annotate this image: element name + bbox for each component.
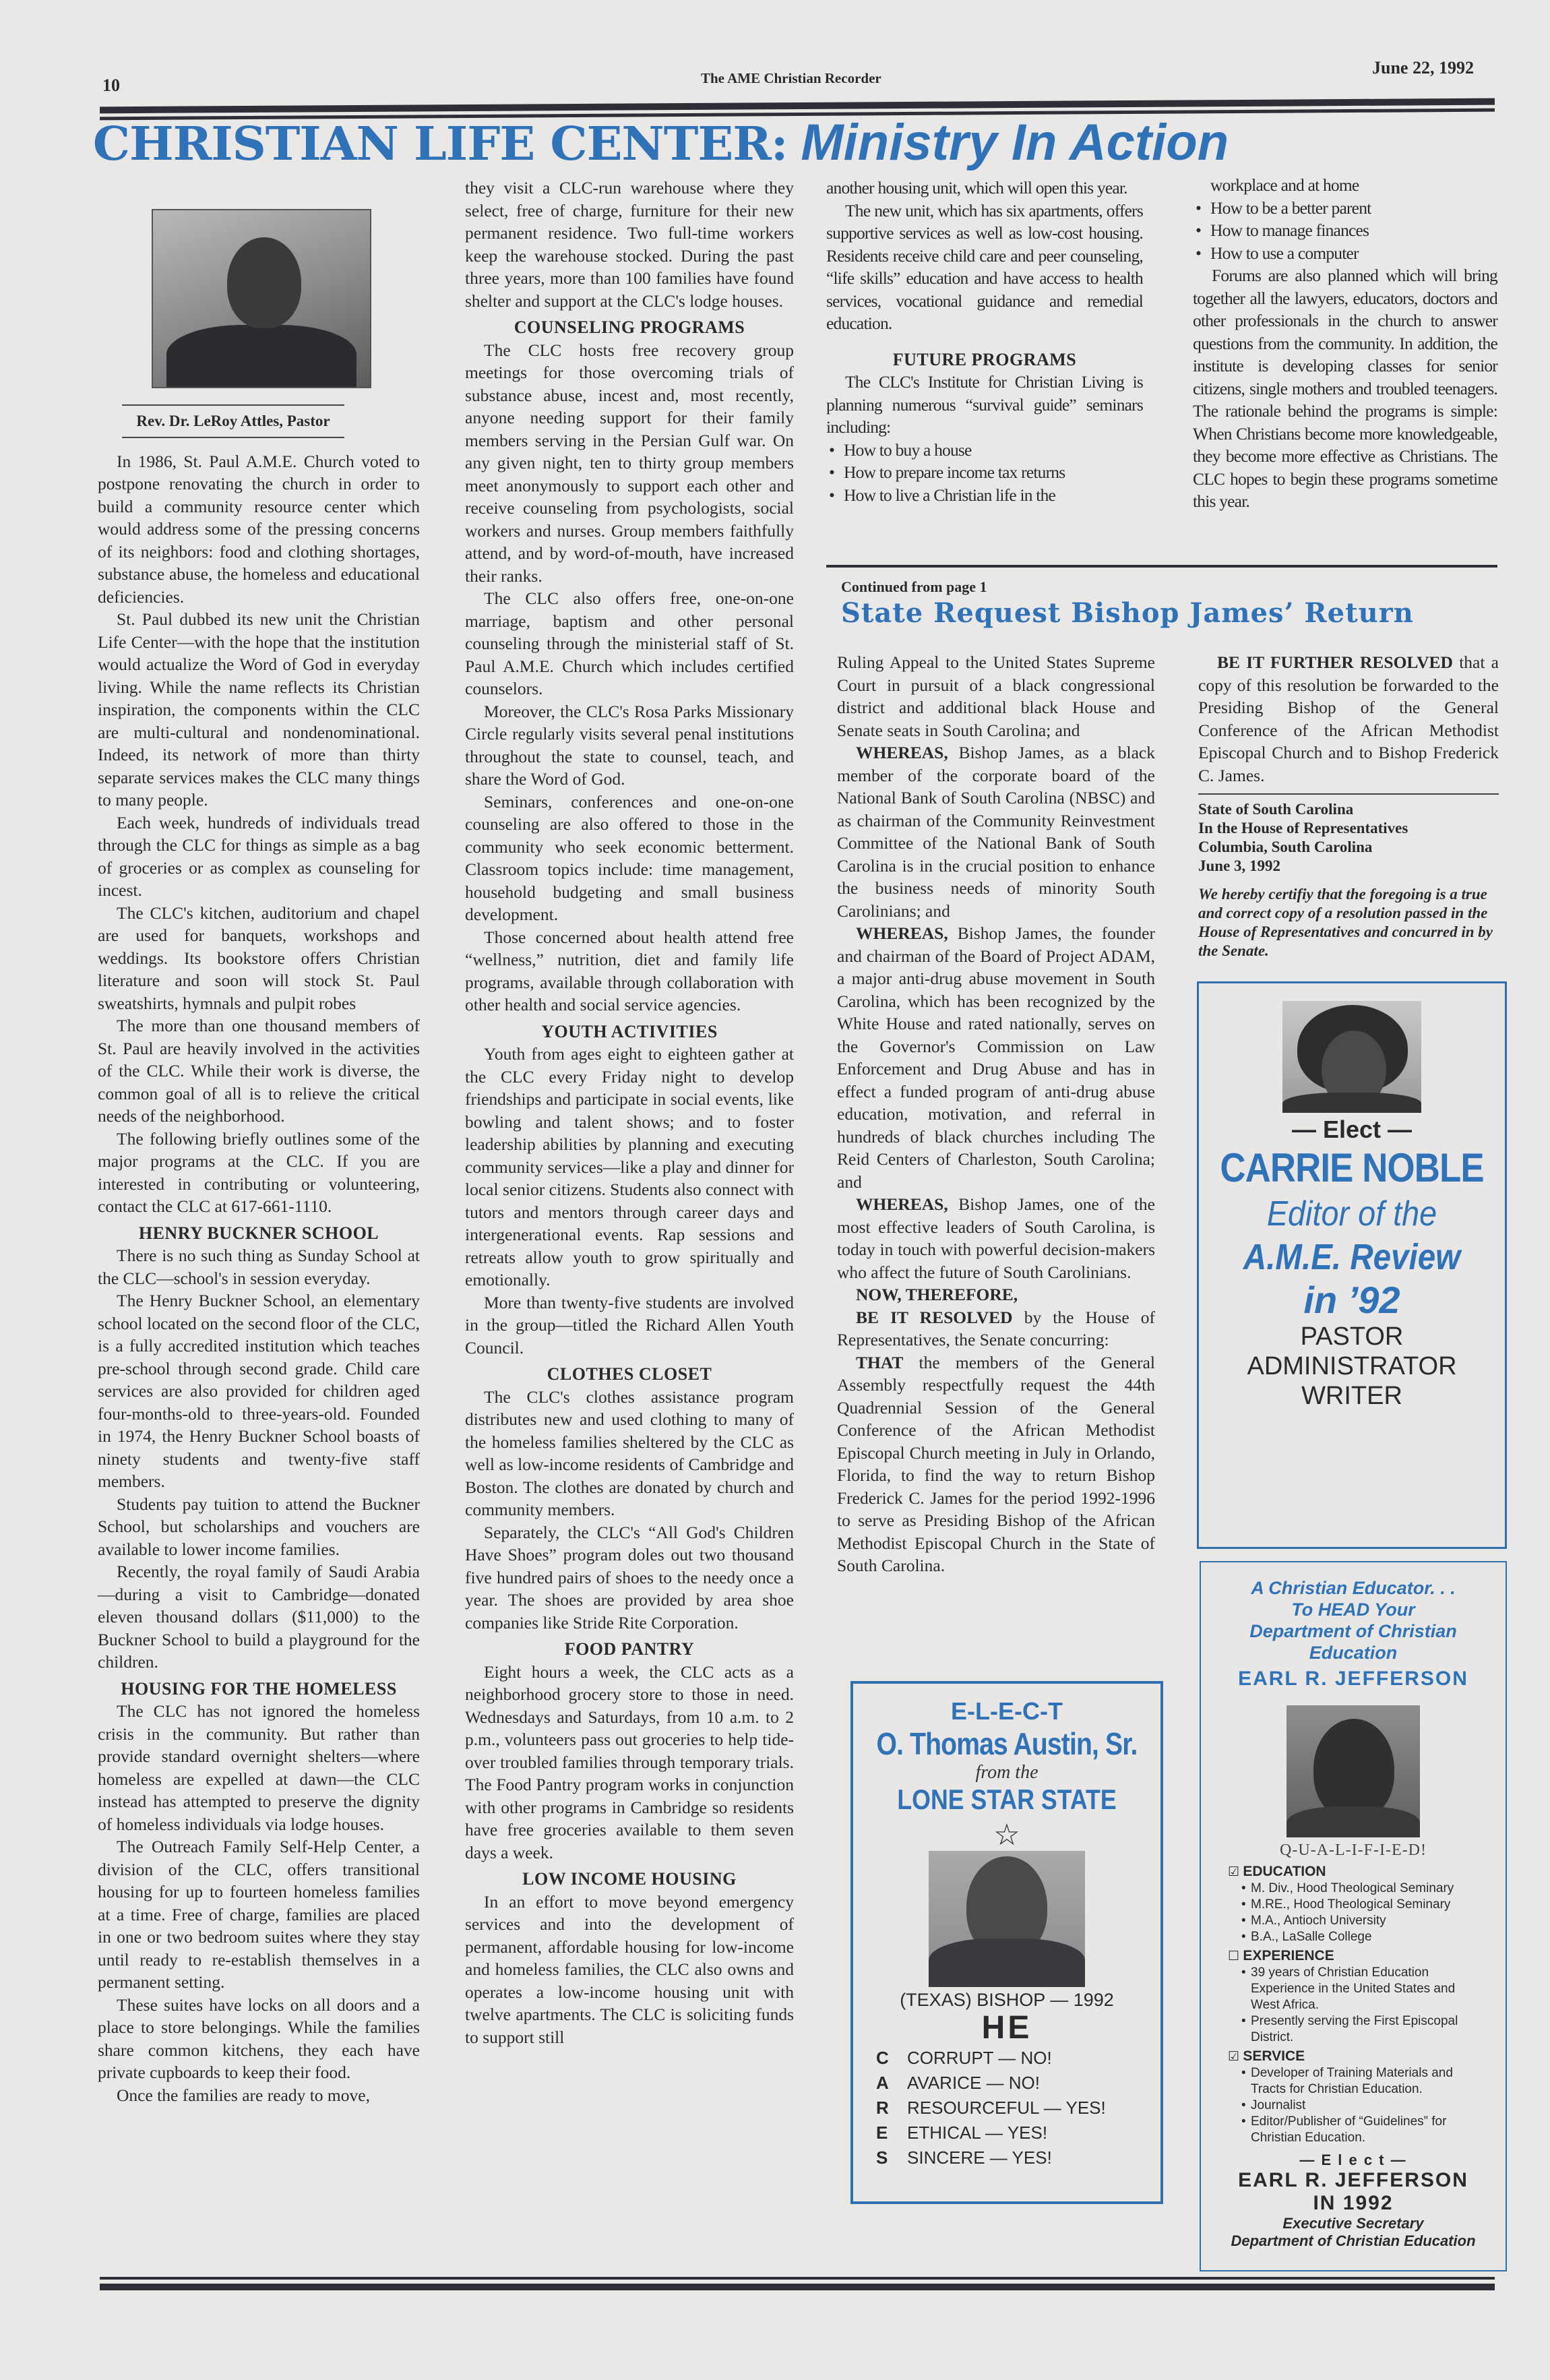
clc-column-2: they visit a CLC-run warehouse where the… bbox=[465, 177, 794, 2048]
candidate-name: EARL R. JEFFERSON bbox=[1201, 1668, 1506, 1690]
candidate-office-1: Editor of the bbox=[1214, 1192, 1490, 1235]
candidate-name: O. Thomas Austin, Sr. bbox=[876, 1726, 1138, 1762]
paragraph: WHEREAS, Bishop James, the founder and c… bbox=[837, 922, 1155, 1193]
paragraph: More than twenty-five students are invol… bbox=[465, 1291, 794, 1360]
qual-section-experience: ☐ EXPERIENCE 39 years of Christian Educa… bbox=[1228, 1948, 1506, 2046]
paragraph: WHEREAS, Bishop James, one of the most e… bbox=[837, 1193, 1155, 1283]
paragraph: Recently, the royal family of Saudi Arab… bbox=[98, 1560, 420, 1674]
sig-line: State of South Carolina bbox=[1198, 800, 1499, 819]
divider bbox=[1198, 793, 1499, 795]
paragraph: Moreover, the CLC's Rosa Parks Missionar… bbox=[465, 700, 794, 791]
paragraph: NOW, THEREFORE, bbox=[837, 1283, 1155, 1306]
paragraph: Those concerned about health attend free… bbox=[465, 926, 794, 1016]
qual-title: EXPERIENCE bbox=[1243, 1948, 1334, 1963]
pastor-photo bbox=[152, 209, 371, 388]
list-item: How to manage finances bbox=[1210, 219, 1497, 242]
election-year: IN 1992 bbox=[1201, 2192, 1506, 2215]
qualifications: ☑ EDUCATION M. Div., Hood Theological Se… bbox=[1228, 1864, 1506, 2146]
cares-row: EETHICAL — YES! bbox=[876, 2120, 1160, 2145]
paragraph: The more than one thousand members of St… bbox=[98, 1014, 420, 1128]
elect-label: — E l e c t — bbox=[1201, 2152, 1506, 2169]
qual-section-service: ☑ SERVICE Developer of Training Material… bbox=[1228, 2048, 1506, 2146]
qual-title: SERVICE bbox=[1243, 2048, 1305, 2064]
text: Bishop James, as a black member of the c… bbox=[837, 743, 1155, 921]
checked-box-icon: ☑ bbox=[1228, 2050, 1239, 2064]
acrostic-text: AVARICE — NO! bbox=[907, 2073, 1040, 2093]
list-item: Developer of Training Materials and Trac… bbox=[1251, 2065, 1480, 2098]
paragraph: Forums are also planned which will bring… bbox=[1193, 264, 1497, 513]
clc-column-1: Rev. Dr. LeRoy Attles, Pastor In 1986, S… bbox=[98, 209, 420, 2106]
paragraph: The CLC's kitchen, auditorium and chapel… bbox=[98, 902, 420, 1015]
acrostic-letter: E bbox=[876, 2120, 907, 2145]
further-resolved-label: BE IT FURTHER RESOLVED bbox=[1217, 652, 1453, 672]
ad-earl-jefferson: A Christian Educator. . . To HEAD Your D… bbox=[1200, 1561, 1507, 2271]
cares-row: SSINCERE — YES! bbox=[876, 2145, 1160, 2170]
paragraph: Students pay tuition to attend the Buckn… bbox=[98, 1493, 420, 1561]
headline-sub: Ministry In Action bbox=[801, 113, 1229, 172]
paragraph: The Outreach Family Self-Help Center, a … bbox=[98, 1835, 420, 1994]
qualified-label: Q-U-A-L-I-F-I-E-D! bbox=[1201, 1841, 1506, 1860]
paragraph: BE IT RESOLVED by the House of Represent… bbox=[837, 1306, 1155, 1351]
paragraph: Each week, hundreds of individuals tread… bbox=[98, 812, 420, 902]
checked-box-icon: ☑ bbox=[1228, 1865, 1239, 1879]
role: ADMINISTRATOR bbox=[1199, 1351, 1505, 1381]
cares-row: AAVARICE — NO! bbox=[876, 2071, 1160, 2096]
cares-acrostic: CCORRUPT — NO! AAVARICE — NO! RRESOURCEF… bbox=[876, 2046, 1160, 2170]
text: that a copy of this resolution be forwar… bbox=[1198, 652, 1499, 785]
section-heading: CLOTHES CLOSET bbox=[465, 1363, 794, 1386]
paragraph: The CLC hosts free recovery group meetin… bbox=[465, 339, 794, 588]
paragraph: workplace and at home bbox=[1193, 174, 1497, 197]
elect-label: E-L-E-C-T bbox=[853, 1697, 1160, 1726]
paragraph: The following briefly outlines some of t… bbox=[98, 1128, 420, 1218]
section-divider bbox=[826, 565, 1497, 568]
role: PASTOR bbox=[1199, 1322, 1505, 1351]
list-item: M. Div., Hood Theological Seminary bbox=[1251, 1881, 1506, 1897]
acrostic-text: ETHICAL — YES! bbox=[907, 2123, 1047, 2143]
role: WRITER bbox=[1199, 1381, 1505, 1411]
sig-line: June 3, 1992 bbox=[1198, 857, 1499, 876]
candidate-year: in ’92 bbox=[1199, 1279, 1505, 1322]
carrie-noble-photo bbox=[1282, 1001, 1421, 1113]
page-number: 10 bbox=[102, 75, 120, 96]
photo-caption: Rev. Dr. LeRoy Attles, Pastor bbox=[122, 404, 344, 438]
sig-line: In the House of Representatives bbox=[1198, 819, 1499, 838]
section-heading: YOUTH ACTIVITIES bbox=[465, 1020, 794, 1043]
state-request-title: State Request Bishop James’ Return bbox=[841, 597, 1414, 629]
text: Bishop James, the founder and chairman o… bbox=[837, 923, 1155, 1192]
star-icon: ☆ bbox=[853, 1820, 1160, 1851]
footer-rule-thick bbox=[100, 2284, 1495, 2290]
section-heading: FOOD PANTRY bbox=[465, 1638, 794, 1661]
paragraph: Ruling Appeal to the United States Supre… bbox=[837, 651, 1155, 741]
position-title: Executive Secretary bbox=[1201, 2215, 1506, 2232]
paragraph: Separately, the CLC's “All God's Childre… bbox=[465, 1521, 794, 1635]
he-label: HE bbox=[853, 2011, 1160, 2046]
list-item: B.A., LaSalle College bbox=[1251, 1929, 1506, 1945]
resolved-label: BE IT RESOLVED bbox=[856, 1308, 1013, 1327]
paragraph: another housing unit, which will open th… bbox=[826, 177, 1143, 200]
publication-name: The AME Christian Recorder bbox=[701, 70, 881, 87]
paragraph: These suites have locks on all doors and… bbox=[98, 1994, 420, 2084]
unchecked-box-icon: ☐ bbox=[1228, 1949, 1239, 1963]
paragraph: Eight hours a week, the CLC acts as a ne… bbox=[465, 1661, 794, 1864]
certification: We hereby certifiy that the foregoing is… bbox=[1198, 885, 1499, 960]
paragraph: THAT the members of the General Assembly… bbox=[837, 1351, 1155, 1577]
candidate-name-footer: EARL R. JEFFERSON bbox=[1201, 2169, 1506, 2192]
ad-thomas-austin: E-L-E-C-T O. Thomas Austin, Sr. from the… bbox=[850, 1681, 1163, 2204]
list-item: How to prepare income tax returns bbox=[844, 461, 1143, 484]
list-item: How to live a Christian life in the bbox=[844, 484, 1143, 507]
list-item: M.RE., Hood Theological Seminary bbox=[1251, 1897, 1506, 1913]
office-line: (TEXAS) BISHOP — 1992 bbox=[853, 1990, 1160, 2011]
section-heading: LOW INCOME HOUSING bbox=[465, 1868, 794, 1891]
paragraph: The CLC has not ignored the homeless cri… bbox=[98, 1700, 420, 1835]
section-heading: HOUSING FOR THE HOMELESS bbox=[98, 1678, 420, 1701]
paragraph: The CLC also offers free, one-on-one mar… bbox=[465, 587, 794, 700]
clc-column-4: workplace and at home How to be a better… bbox=[1193, 174, 1497, 513]
qual-section-education: ☑ EDUCATION M. Div., Hood Theological Se… bbox=[1228, 1864, 1506, 1945]
elect-label: — Elect — bbox=[1199, 1116, 1505, 1144]
candidate-name: CARRIE NOBLE bbox=[1217, 1144, 1487, 1192]
paragraph: WHEREAS, Bishop James, as a black member… bbox=[837, 741, 1155, 922]
whereas-label: WHEREAS, bbox=[856, 743, 948, 762]
cares-row: RRESOURCEFUL — YES! bbox=[876, 2096, 1160, 2120]
austin-photo bbox=[929, 1851, 1085, 1987]
paragraph: Once the families are ready to move, bbox=[98, 2084, 420, 2107]
issue-date: June 22, 1992 bbox=[1372, 58, 1474, 78]
paragraph: There is no such thing as Sunday School … bbox=[98, 1244, 420, 1289]
paragraph: In 1986, St. Paul A.M.E. Church voted to… bbox=[98, 450, 420, 609]
now-therefore-label: NOW, THEREFORE, bbox=[856, 1285, 1018, 1304]
candidate-office-2: A.M.E. Review bbox=[1217, 1235, 1487, 1279]
state-request-column-a: Ruling Appeal to the United States Supre… bbox=[837, 651, 1155, 1577]
from-label: from the bbox=[853, 1762, 1160, 1783]
paragraph: The Henry Buckner School, an elementary … bbox=[98, 1289, 420, 1493]
whereas-label: WHEREAS, bbox=[856, 923, 948, 943]
paragraph: In an effort to move beyond emergency se… bbox=[465, 1891, 794, 2049]
that-label: THAT bbox=[856, 1353, 903, 1372]
tagline-line: A Christian Educator. . . bbox=[1201, 1577, 1506, 1599]
list-item: How to buy a house bbox=[844, 439, 1143, 462]
list-item: 39 years of Christian Education Experien… bbox=[1251, 1965, 1473, 2013]
list-item: How to use a computer bbox=[1210, 242, 1497, 265]
section-heading: FUTURE PROGRAMS bbox=[826, 348, 1143, 371]
ad-carrie-noble: — Elect — CARRIE NOBLE Editor of the A.M… bbox=[1197, 981, 1507, 1549]
paragraph: Seminars, conferences and one-on-one cou… bbox=[465, 791, 794, 926]
acrostic-letter: S bbox=[876, 2145, 907, 2170]
qual-title: EDUCATION bbox=[1243, 1864, 1326, 1879]
seminar-list-continued: How to be a better parent How to manage … bbox=[1193, 197, 1497, 265]
sig-line: Columbia, South Carolina bbox=[1198, 838, 1499, 857]
list-item: M.A., Antioch University bbox=[1251, 1913, 1506, 1929]
footer-rule-thin bbox=[100, 2277, 1495, 2280]
section-heading: HENRY BUCKNER SCHOOL bbox=[98, 1222, 420, 1245]
paragraph: The CLC's clothes assistance program dis… bbox=[465, 1386, 794, 1521]
acrostic-letter: C bbox=[876, 2046, 907, 2071]
cares-row: CCORRUPT — NO! bbox=[876, 2046, 1160, 2071]
ad-tagline: A Christian Educator. . . To HEAD Your D… bbox=[1201, 1577, 1506, 1664]
tagline-line: Department of Christian bbox=[1201, 1620, 1506, 1642]
whereas-label: WHEREAS, bbox=[856, 1194, 948, 1214]
page-headline: CHRISTIAN LIFE CENTER:Ministry In Action bbox=[100, 113, 1229, 172]
acrostic-letter: R bbox=[876, 2096, 907, 2120]
paragraph: The new unit, which has six apartments, … bbox=[826, 200, 1143, 335]
paragraph: they visit a CLC-run warehouse where the… bbox=[465, 177, 794, 312]
clc-column-3: another housing unit, which will open th… bbox=[826, 177, 1143, 506]
seminar-list: How to buy a house How to prepare income… bbox=[826, 439, 1143, 507]
list-item: How to be a better parent bbox=[1210, 197, 1497, 220]
list-item: Journalist bbox=[1251, 2098, 1480, 2114]
paragraph: St. Paul dubbed its new unit the Christi… bbox=[98, 608, 420, 812]
section-heading: COUNSELING PROGRAMS bbox=[465, 316, 794, 339]
paragraph: BE IT FURTHER RESOLVED that a copy of th… bbox=[1198, 651, 1499, 787]
state-request-column-b: BE IT FURTHER RESOLVED that a copy of th… bbox=[1198, 651, 1499, 960]
acrostic-text: CORRUPT — NO! bbox=[907, 2048, 1052, 2068]
continued-label: Continued from page 1 bbox=[841, 578, 987, 596]
headline-main: CHRISTIAN LIFE CENTER: bbox=[93, 117, 788, 171]
acrostic-text: SINCERE — YES! bbox=[907, 2147, 1052, 2168]
acrostic-letter: A bbox=[876, 2071, 907, 2096]
jefferson-photo bbox=[1286, 1705, 1420, 1837]
list-item: Editor/Publisher of “Guidelines” for Chr… bbox=[1251, 2114, 1480, 2146]
position-department: Department of Christian Education bbox=[1201, 2232, 1506, 2250]
tagline-line: Education bbox=[1201, 1642, 1506, 1664]
state-name: LONE STAR STATE bbox=[876, 1783, 1138, 1816]
acrostic-text: RESOURCEFUL — YES! bbox=[907, 2098, 1106, 2118]
tagline-line: To HEAD Your bbox=[1201, 1599, 1506, 1620]
list-item: Presently serving the First Episcopal Di… bbox=[1251, 2013, 1473, 2046]
paragraph: The CLC's Institute for Christian Living… bbox=[826, 371, 1143, 439]
text: the members of the General Assembly resp… bbox=[837, 1353, 1155, 1576]
signature-block: State of South Carolina In the House of … bbox=[1198, 800, 1499, 876]
paragraph: Youth from ages eight to eighteen gather… bbox=[465, 1043, 794, 1291]
